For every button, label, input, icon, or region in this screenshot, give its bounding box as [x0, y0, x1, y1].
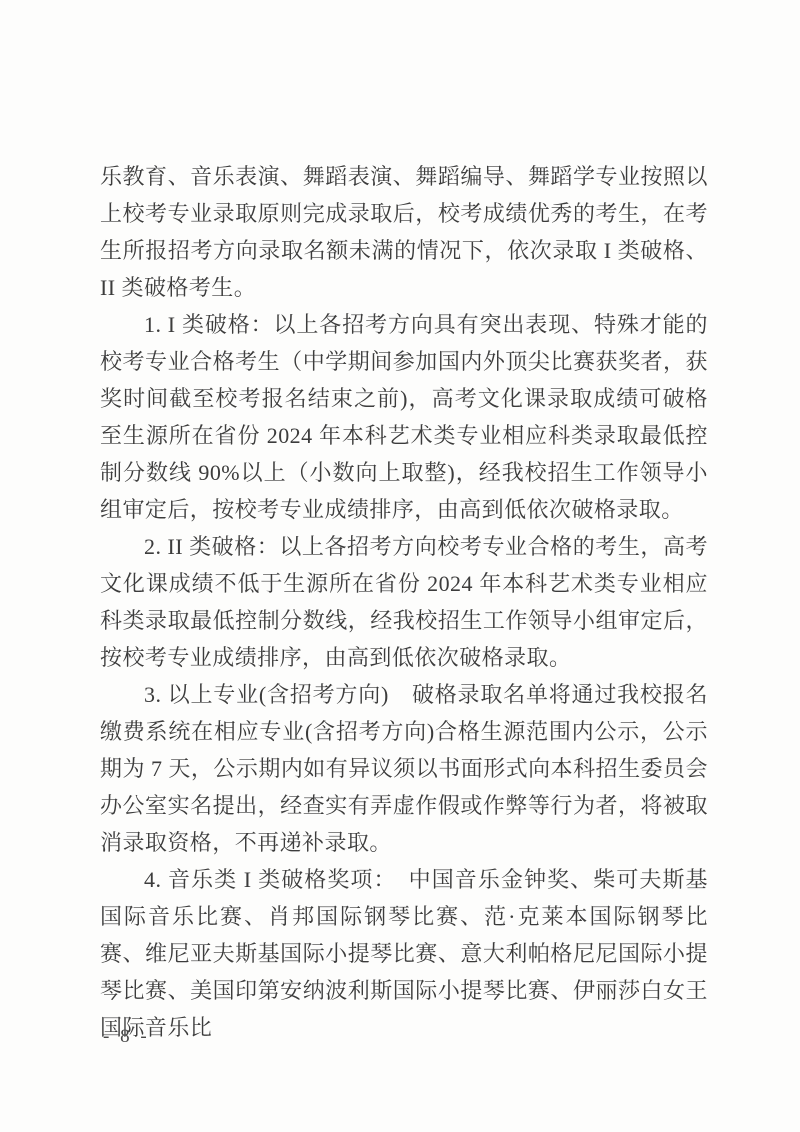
paragraph: 乐教育、音乐表演、舞蹈表演、舞蹈编导、舞蹈学专业按照以上校考专业录取原则完成录取… — [100, 158, 708, 306]
paragraph: 4. 音乐类 I 类破格奖项： 中国音乐金钟奖、柴可夫斯基国际音乐比赛、肖邦国际… — [100, 861, 708, 1046]
paragraph: 3. 以上专业(含招考方向) 破格录取名单将通过我校报名缴费系统在相应专业(含招… — [100, 676, 708, 861]
document-body: 乐教育、音乐表演、舞蹈表演、舞蹈编导、舞蹈学专业按照以上校考专业录取原则完成录取… — [100, 158, 708, 1046]
document-page: 乐教育、音乐表演、舞蹈表演、舞蹈编导、舞蹈学专业按照以上校考专业录取原则完成录取… — [0, 0, 800, 1132]
page-number: - 8 - — [103, 1024, 150, 1050]
paragraph: 1. I 类破格：以上各招考方向具有突出表现、特殊才能的校考专业合格考生（中学期… — [100, 306, 708, 528]
paragraph: 2. II 类破格：以上各招考方向校考专业合格的考生，高考文化课成绩不低于生源所… — [100, 528, 708, 676]
